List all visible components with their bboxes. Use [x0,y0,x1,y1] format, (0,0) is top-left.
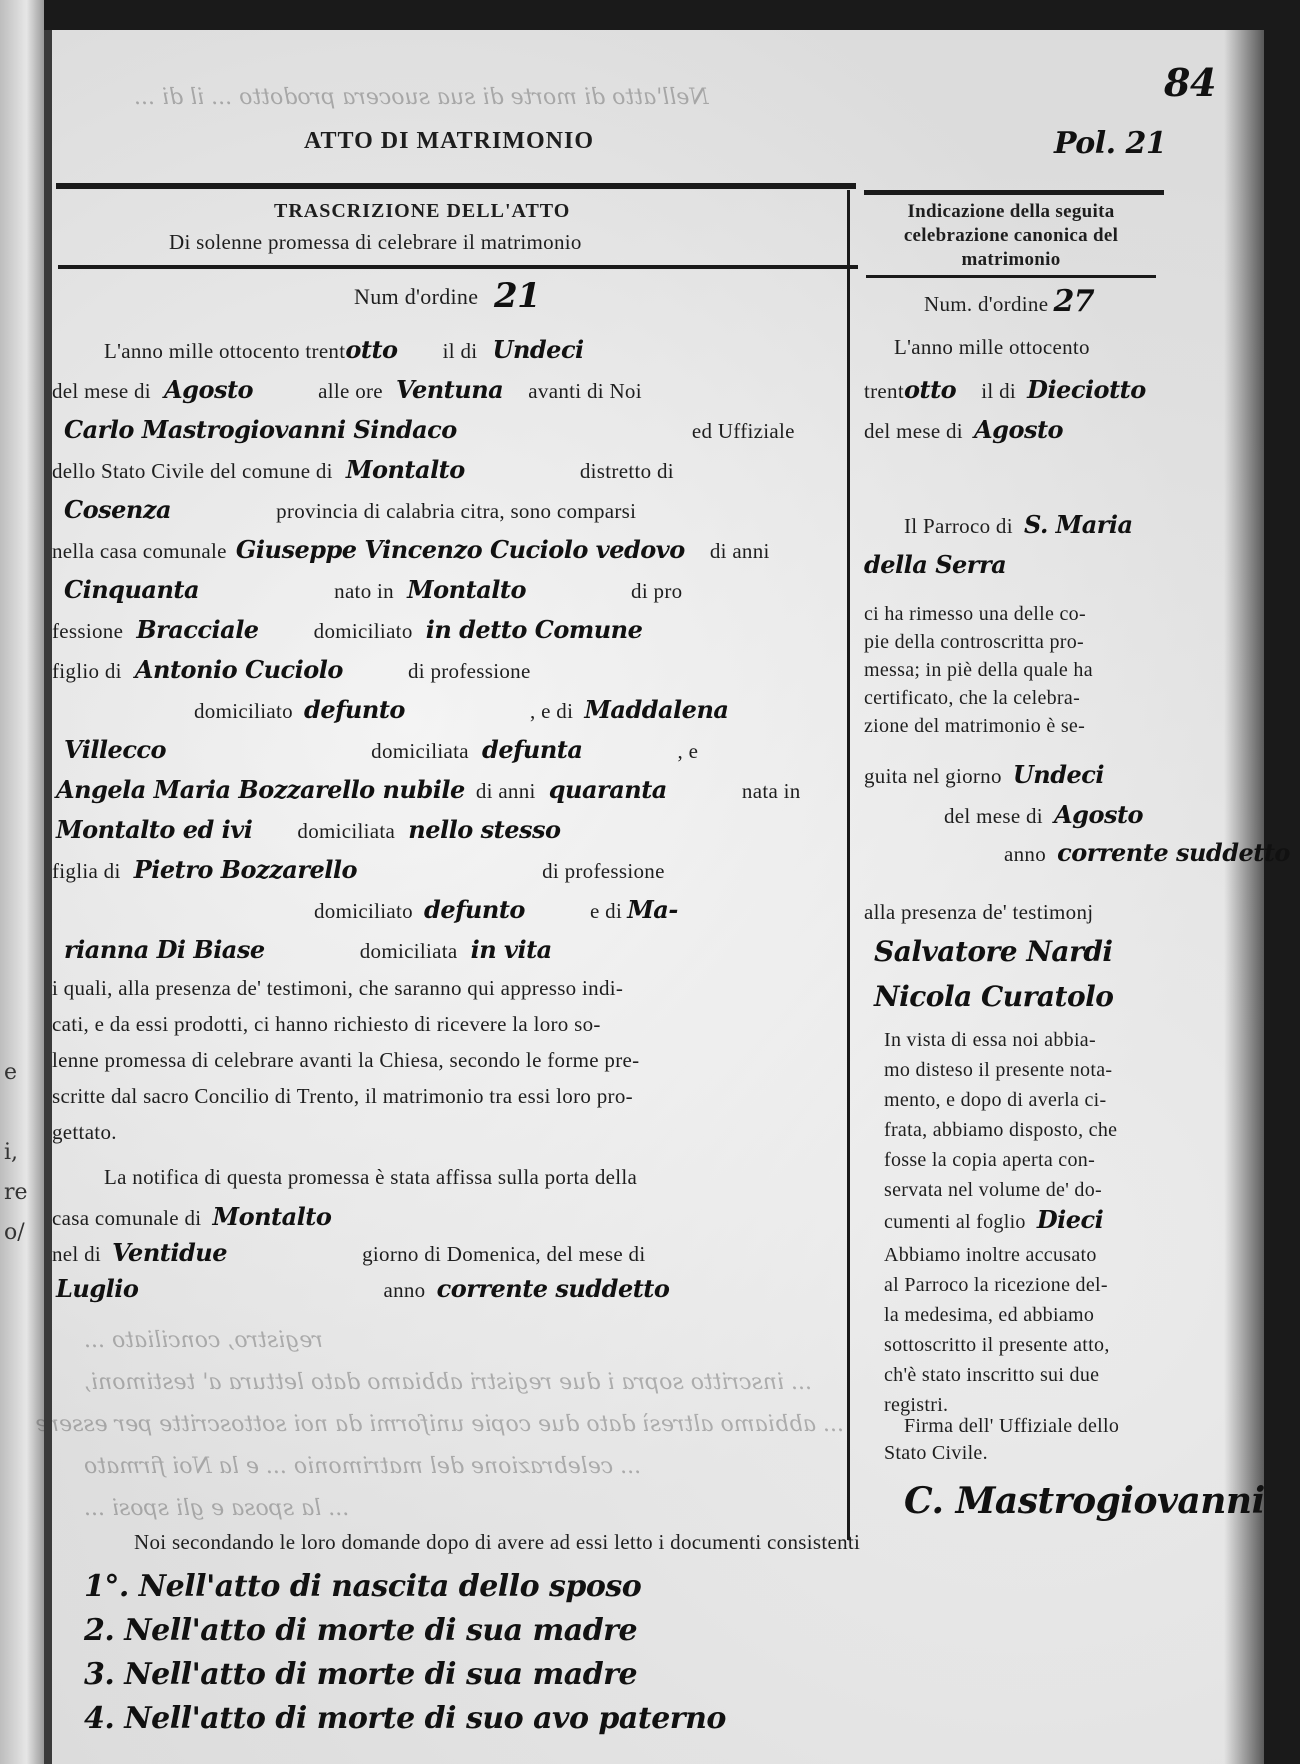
side-abbiamo: Abbiamo inoltre accusato al Parroco la r… [884,1240,1110,1420]
form-line-groom-mother: Villecco domiciliata defunta , e [64,735,698,764]
notification-commune: casa comunale di Montalto [52,1202,331,1231]
notification-line: La notifica di questa promessa è stata a… [104,1165,637,1190]
side-testimoni-label: alla presenza de' testimonj [864,900,1093,925]
side-title: Indicazione della seguita celebrazione c… [866,200,1156,272]
side-seguita: guita nel giorno Undeci [864,760,1104,789]
official-signature: C. Mastrogiovanni [904,1480,1265,1522]
side-year-line: L'anno mille ottocento [894,335,1090,360]
notification-month: Luglio anno corrente suddetto [56,1274,669,1303]
form-line-province: Cosenza provincia di calabria citra, son… [64,495,636,524]
side-title-rule [866,275,1156,278]
form-line-bride-mother: rianna Di Biase domiciliata in vita [64,935,552,964]
form-line-commune: dello Stato Civile del comune di Montalt… [52,455,674,484]
order-label: Num d'ordine [354,284,478,310]
margin-fragment: re [4,1180,28,1205]
document-item: 3. Nell'atto di morte di sua madre [84,1653,726,1697]
volume-ref: Pol. 21 [1054,126,1166,161]
form-line-groom-age: Cinquanta nato in Montalto di pro [64,575,682,604]
subtitle-rule [58,265,858,269]
firma-label-2: Stato Civile. [884,1442,988,1465]
document-item: 1°. Nell'atto di nascita dello sposo [84,1565,726,1609]
header-rule [56,183,856,189]
witness-1: Salvatore Nardi [874,935,1113,968]
section-title: TRASCRIZIONE DELL'ATTO [274,200,570,223]
form-line-bride-domicile: Montalto ed ivi domiciliata nello stesso [56,815,561,844]
bleed-through-text: registro, conciliato ... ... inscritto s… [84,1320,844,1530]
order-number: 21 [494,276,540,316]
side-mese: del mese di Agosto [944,800,1143,829]
page-border [44,30,52,1764]
form-line-bride-father: figlia di Pietro Bozzarello di professio… [52,855,665,884]
form-line-groom: nella casa comunale Giuseppe Vincenzo Cu… [52,535,770,564]
form-line-month: del mese di Agosto alle ore Ventuna avan… [52,375,642,404]
side-year-day: trentotto il di Dieciotto [864,375,1146,404]
form-line-groom-father: figlio di Antonio Cuciolo di professione [52,655,531,684]
document-item: 2. Nell'atto di morte di sua madre [84,1609,726,1653]
column-divider [847,190,850,1540]
margin-fragment: i, [4,1140,18,1165]
side-parroco: Il Parroco di S. Maria [904,510,1133,539]
form-line-groom-father-domicile: domiciliato defunto , e di Maddalena [194,695,728,724]
form-line-bride-father-domicile: domiciliato defunto e di Ma- [314,895,678,924]
adjacent-page-edge: e i, re o/ [0,0,44,1764]
record-title: ATTO DI MATRIMONIO [304,128,594,155]
side-foglio: cumenti al foglio Dieci [884,1205,1103,1234]
document-item: 4. Nell'atto di morte di suo avo paterno [84,1697,726,1741]
declaration-paragraph: i quali, alla presenza de' testimoni, ch… [52,970,639,1150]
form-line-groom-profession: fessione Bracciale domiciliato in detto … [52,615,642,644]
margin-fragment: o/ [4,1220,25,1245]
side-header-rule [864,190,1164,195]
side-parish: della Serra [864,550,1006,579]
page-number: 84 [1164,60,1216,105]
section-subtitle: Di solenne promessa di celebrare il matr… [169,230,582,255]
side-vista: In vista di essa noi abbia- mo disteso i… [884,1025,1117,1205]
firma-label: Firma dell' Uffiziale dello [904,1415,1119,1438]
side-order: Num. d'ordine 27 [924,284,1094,319]
side-month: del mese di Agosto [864,415,1063,444]
side-body: ci ha rimesso una delle co- pie della co… [864,600,1093,740]
witness-2: Nicola Curatolo [874,980,1113,1013]
margin-fragment: e [4,1060,17,1085]
bottom-intro: Noi secondando le loro domande dopo di a… [134,1530,860,1555]
form-line-bride: Angela Maria Bozzarello nubile di anni q… [56,775,801,804]
documents-list: 1°. Nell'atto di nascita dello sposo 2. … [84,1565,726,1741]
side-anno: anno corrente suddetto [1004,838,1290,867]
register-page: 84 Nell'atto di morte di sua suocera pro… [44,30,1264,1764]
notification-date: nel di Ventidue giorno di Domenica, del … [52,1238,645,1267]
form-line-official: Carlo Mastrogiovanni Sindaco ed Uffizial… [64,415,795,444]
form-line-year: L'anno mille ottocento trentotto il di U… [104,335,584,364]
margin-note-bleed: Nell'atto di morte di sua suocera prodot… [134,85,709,110]
